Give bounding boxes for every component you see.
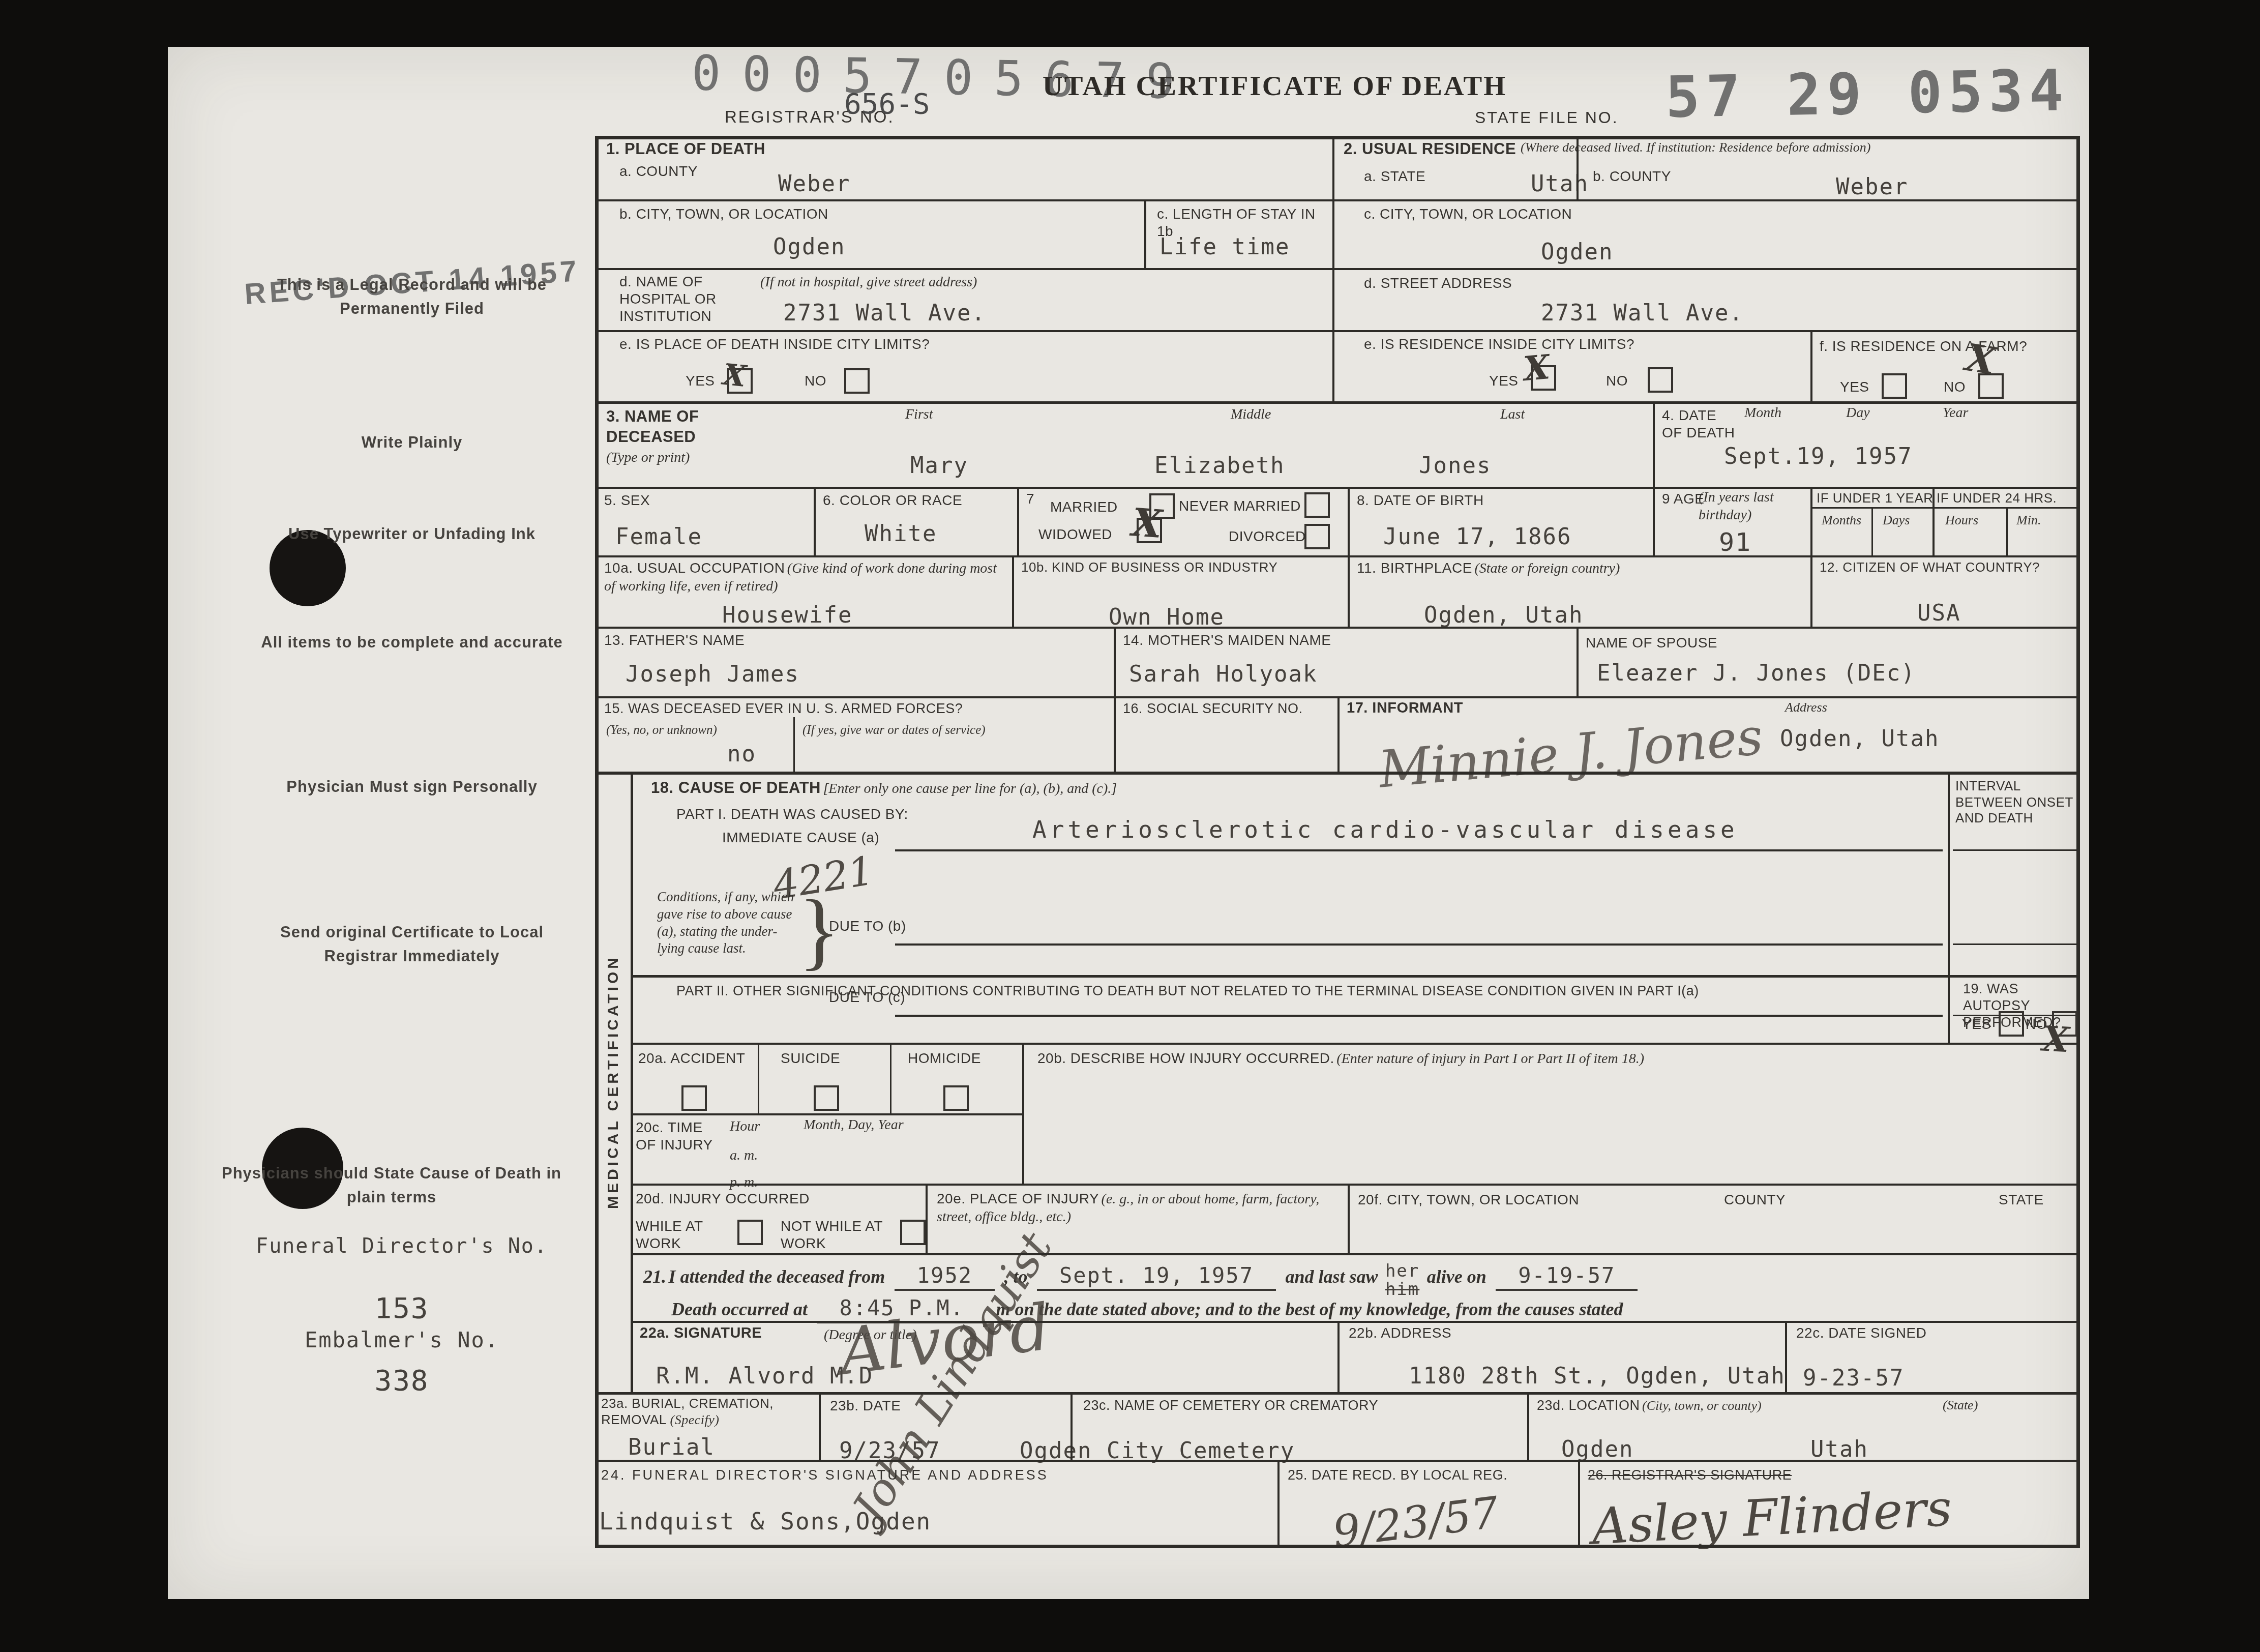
form-line — [595, 136, 2080, 139]
checkbox — [1882, 373, 1907, 399]
form-line — [595, 136, 599, 1548]
hours-header: Hours — [1945, 512, 1978, 529]
form-line — [793, 717, 795, 772]
day-header: Day — [1846, 404, 1870, 422]
sex-label: 5. SEX — [604, 492, 650, 509]
min-header: Min. — [2016, 512, 2041, 529]
form-line — [631, 1253, 2080, 1255]
suicide-label: SUICIDE — [781, 1050, 840, 1067]
injury-state-label: STATE — [1999, 1191, 2044, 1208]
form-line — [1953, 943, 2076, 945]
type-or-print-hint: (Type or print) — [606, 449, 690, 466]
form-line — [1144, 199, 1146, 268]
form-line — [1348, 487, 1350, 627]
burial-type-hint: (Specify) — [670, 1412, 719, 1427]
form-line — [890, 1043, 891, 1113]
handwritten-x-mark: X — [1522, 347, 1552, 389]
funeral-director-no-value: 153 — [239, 1292, 564, 1325]
residence-city-value: Ogden — [1541, 239, 1613, 265]
form-line — [926, 1184, 928, 1253]
form-line — [595, 330, 2080, 332]
state-file-no-label: STATE FILE NO. — [1475, 108, 1619, 128]
burial-type-value: Burial — [628, 1434, 715, 1460]
city-label: b. CITY, TOWN, OR LOCATION — [619, 205, 828, 223]
usual-residence-hint: (Where deceased lived. If institution: R… — [1521, 139, 2060, 156]
under-24-hrs-label: IF UNDER 24 HRS. — [1937, 490, 2057, 507]
cause-of-death-hint: [Enter only one cause per line for (a), … — [823, 781, 1117, 796]
checkbox — [737, 1220, 763, 1245]
interval-label: INTERVAL BETWEEN ONSET AND DEATH — [1955, 778, 2075, 827]
citizen-label: 12. CITIZEN OF WHAT COUNTRY? — [1820, 559, 2040, 576]
death-occurred-text: Death occurred at — [671, 1299, 808, 1319]
burial-state-hint: (State) — [1943, 1397, 1978, 1414]
residence-state-label: a. STATE — [1364, 168, 1425, 185]
street-address-label: d. STREET ADDRESS — [1364, 275, 1512, 292]
form-line — [819, 1392, 821, 1460]
form-line — [814, 487, 816, 555]
name-of-deceased-label: 3. NAME OF — [606, 407, 699, 426]
margin-note: Physicians should State Cause of Death i… — [214, 1162, 570, 1209]
months-header: Months — [1822, 512, 1861, 529]
burial-date-label: 23b. DATE — [830, 1397, 901, 1414]
checkbox — [844, 368, 870, 394]
registrar-no-value: 656-S — [844, 87, 930, 121]
first-name-value: Mary — [910, 453, 968, 479]
checkbox — [943, 1085, 969, 1111]
margin-note: This is a Legal Record and will be Perma… — [259, 273, 564, 320]
county-value: Weber — [778, 171, 850, 197]
homicide-label: HOMICIDE — [908, 1050, 981, 1067]
form-line — [1578, 1460, 1580, 1545]
age-label: 9 AGE — [1662, 490, 1704, 508]
spouse-name-label: NAME OF SPOUSE — [1586, 634, 1717, 652]
burial-location-hint: (City, town, or county) — [1642, 1398, 1762, 1413]
signature-label: 22a. SIGNATURE — [640, 1324, 762, 1342]
date-of-birth-label: 8. DATE OF BIRTH — [1357, 492, 1484, 509]
middle-name-header: Middle — [1231, 405, 1271, 423]
month-day-year-header: Month, Day, Year — [804, 1116, 904, 1134]
attended-to-value: Sept. 19, 1957 — [1059, 1263, 1254, 1288]
burial-type-label: 23a. BURIAL, CREMATION, REMOVAL (Specify… — [601, 1396, 815, 1428]
form-line — [1577, 627, 1579, 696]
residence-county-label: b. COUNTY — [1593, 168, 1671, 185]
married-label: MARRIED — [1050, 498, 1118, 516]
conditions-note: Conditions, if any, which gave rise to a… — [657, 889, 799, 957]
her-word: her — [1385, 1262, 1419, 1281]
never-married-label: NEVER MARRIED — [1179, 497, 1301, 515]
sex-value: Female — [615, 524, 702, 550]
immediate-cause-label: IMMEDIATE CAUSE (a) — [722, 829, 879, 846]
year-header: Year — [1943, 404, 1968, 422]
yes-label: YES — [1489, 372, 1519, 390]
form-line — [1653, 401, 1655, 555]
injury-describe-label-text: 20b. DESCRIBE HOW INJURY OCCURRED. — [1037, 1050, 1334, 1066]
mother-name-value: Sarah Holyoak — [1129, 661, 1317, 687]
color-race-label: 6. COLOR OR RACE — [823, 492, 962, 509]
form-line — [1527, 1392, 1529, 1460]
part1-label: PART I. DEATH WAS CAUSED BY: — [676, 806, 908, 823]
form-line — [631, 772, 633, 1392]
certificate-paper: REC'D OCT 14 1957 0005705679 REGISTRAR'S… — [168, 47, 2089, 1599]
occupation-value: Housewife — [722, 602, 852, 628]
date-signed-value: 9-23-57 — [1803, 1365, 1904, 1391]
mother-name-label: 14. MOTHER'S MAIDEN NAME — [1123, 632, 1331, 649]
margin-note: Use Typewriter or Unfading Ink — [259, 522, 564, 546]
form-line — [1070, 1392, 1073, 1460]
hospital-hint: (If not in hospital, give street address… — [760, 273, 977, 291]
informant-address-label: Address — [1785, 699, 1827, 716]
street-address-value: 2731 Wall Ave. — [1541, 300, 1744, 326]
funeral-director-value: Lindquist & Sons,Ogden — [599, 1508, 931, 1535]
yes-label: YES — [686, 372, 715, 390]
form-line — [2076, 136, 2080, 1548]
length-of-stay-value: Life time — [1159, 234, 1290, 260]
form-line — [595, 199, 2080, 201]
form-line — [1932, 487, 1935, 555]
first-name-header: First — [905, 405, 933, 423]
divorced-label: DIVORCED — [1229, 528, 1306, 545]
checkbox — [1304, 524, 1330, 549]
attended-statement-line1: 21. I attended the deceased from 1952 , … — [643, 1262, 1645, 1299]
form-line — [2006, 507, 2008, 555]
form-line — [1810, 330, 1812, 401]
hour-header: Hour — [730, 1117, 760, 1135]
form-line — [1332, 136, 1334, 401]
place-of-injury-label-text: 20e. PLACE OF INJURY — [937, 1191, 1099, 1206]
date-of-birth-value: June 17, 1866 — [1383, 524, 1571, 550]
time-of-injury-label: 20c. TIME OF INJURY — [636, 1119, 725, 1154]
marital-num: 7 — [1026, 490, 1034, 508]
embalmer-no-value: 338 — [239, 1364, 564, 1397]
funeral-director-no-label: Funeral Director's No. — [239, 1234, 564, 1258]
age-hint: (In years last birthday) — [1699, 488, 1805, 524]
medical-certification-strip: MEDICAL CERTIFICATION — [595, 772, 632, 1392]
age-value: 91 — [1719, 527, 1751, 557]
form-line — [631, 975, 2080, 978]
residence-city-limits-label: e. IS RESIDENCE INSIDE CITY LIMITS? — [1364, 336, 1634, 353]
scanned-death-certificate: { "header": { "received_stamp": "REC'D O… — [0, 0, 2260, 1652]
date-of-death-label: 4. DATE OF DEATH — [1662, 407, 1738, 441]
item-21-number: 21. — [643, 1266, 666, 1287]
form-line — [1810, 507, 2080, 509]
informant-address-value: Ogden, Utah — [1780, 726, 1939, 752]
death-city-limits-label: e. IS PLACE OF DEATH INSIDE CITY LIMITS? — [619, 336, 930, 353]
state-file-no-value: 57 29 0534 — [1665, 57, 2070, 131]
form-line — [631, 1321, 2080, 1323]
attended-text-1: I attended the deceased from — [668, 1266, 885, 1287]
informant-label: 17. INFORMANT — [1347, 699, 1463, 717]
form-line — [1953, 849, 2076, 851]
checkbox — [1304, 492, 1330, 518]
checkbox — [814, 1085, 839, 1111]
cemetery-label: 23c. NAME OF CEMETERY OR CREMATORY — [1083, 1397, 1378, 1414]
attended-from-value: 1952 — [917, 1263, 972, 1288]
armed-forces-hint1: (Yes, no, or unknown) — [606, 722, 717, 738]
while-at-work-label: WHILE AT WORK — [636, 1218, 730, 1252]
form-line — [595, 772, 2080, 775]
form-line — [1337, 1321, 1340, 1392]
residence-city-label: c. CITY, TOWN, OR LOCATION — [1364, 205, 1572, 223]
injury-city-label: 20f. CITY, TOWN, OR LOCATION — [1358, 1191, 1579, 1208]
date-received-label: 25. DATE RECD. BY LOCAL REG. — [1288, 1467, 1507, 1484]
form-line — [595, 1392, 2080, 1395]
form-line — [1348, 1184, 1350, 1253]
margin-note: Write Plainly — [259, 431, 564, 455]
cause-of-death-label-text: 18. CAUSE OF DEATH — [651, 779, 821, 796]
injury-county-label: COUNTY — [1724, 1191, 1786, 1208]
form-line — [1810, 487, 1812, 627]
name-of-deceased-label2: DECEASED — [606, 427, 696, 447]
margin-note: All items to be complete and accurate — [259, 631, 564, 655]
color-race-value: White — [865, 521, 937, 547]
father-name-label: 13. FATHER'S NAME — [604, 632, 745, 649]
embalmer-no-label: Embalmer's No. — [239, 1327, 564, 1352]
checkbox — [681, 1085, 707, 1111]
certificate-title: UTAH CERTIFICATE OF DEATH — [1043, 70, 1507, 102]
handwritten-x-mark: X — [722, 357, 748, 394]
part2-label: PART II. OTHER SIGNIFICANT CONDITIONS CO… — [676, 983, 1699, 999]
form-line — [1337, 696, 1340, 772]
margin-note: Send original Certificate to Local Regis… — [259, 921, 564, 968]
informant-signature: Minnie J. Jones — [1376, 706, 1765, 800]
pm-label: p. m. — [730, 1173, 758, 1191]
form-line — [631, 1184, 2080, 1186]
form-line — [595, 1460, 2080, 1462]
physician-typed-name: R.M. Alvord M.D — [656, 1363, 873, 1389]
registrar-signature-label: 26. REGISTRAR'S SIGNATURE — [1588, 1467, 1792, 1484]
not-while-at-work-label: NOT WHILE AT WORK — [781, 1218, 898, 1252]
occupation-label: 10a. USUAL OCCUPATION (Give kind of work… — [604, 559, 1006, 595]
am-label: a. m. — [730, 1146, 758, 1164]
birthplace-label: 11. BIRTHPLACE (State or foreign country… — [1357, 559, 1620, 577]
form-line — [895, 1015, 1943, 1017]
yes-label: YES — [1962, 1016, 1991, 1033]
last-name-header: Last — [1500, 405, 1525, 423]
margin-note: Physician Must sign Personally — [259, 775, 564, 799]
no-label: NO — [1606, 372, 1628, 390]
birthplace-value: Ogden, Utah — [1424, 602, 1583, 628]
form-line — [595, 555, 2080, 557]
medical-certification-label: MEDICAL CERTIFICATION — [605, 955, 622, 1209]
injury-describe-label: 20b. DESCRIBE HOW INJURY OCCURRED. (Ente… — [1037, 1050, 1644, 1068]
yes-label: YES — [1840, 378, 1869, 396]
hospital-label: d. NAME OF HOSPITAL OR INSTITUTION — [619, 273, 757, 325]
injury-describe-hint: (Enter nature of injury in Part I or Par… — [1336, 1051, 1644, 1067]
form-line — [1114, 627, 1116, 772]
business-industry-label: 10b. KIND OF BUSINESS OR INDUSTRY — [1021, 559, 1277, 576]
month-header: Month — [1744, 404, 1781, 422]
form-line — [1948, 772, 1950, 1043]
residence-state-value: Utah — [1531, 171, 1589, 197]
checkbox — [1648, 367, 1673, 393]
form-line — [595, 268, 2080, 270]
form-line — [1012, 555, 1014, 627]
last-seen-date-value: 9-19-57 — [1518, 1263, 1615, 1288]
citizen-value: USA — [1917, 600, 1960, 626]
armed-forces-hint2: (If yes, give war or dates of service) — [802, 722, 1108, 738]
cause-of-death-label: 18. CAUSE OF DEATH [Enter only one cause… — [651, 778, 1117, 798]
burial-city-value: Ogden — [1561, 1436, 1633, 1462]
death-statement-rest: m on the date stated above; and to the b… — [996, 1299, 1623, 1319]
birthplace-hint: (State or foreign country) — [1474, 560, 1620, 576]
form-line — [595, 627, 2080, 629]
handwritten-x-mark: X — [2041, 1019, 2070, 1061]
hospital-value: 2731 Wall Ave. — [783, 300, 986, 326]
form-line — [1577, 136, 1579, 199]
checkbox — [900, 1220, 926, 1245]
injury-occurred-label: 20d. INJURY OCCURRED — [636, 1190, 810, 1207]
handwritten-x-mark: X — [1131, 499, 1164, 547]
days-header: Days — [1883, 512, 1910, 529]
form-line — [1017, 487, 1019, 555]
form-line — [631, 1113, 1024, 1115]
form-line — [1871, 507, 1873, 555]
form-line — [595, 401, 2080, 404]
no-label: NO — [1944, 378, 1966, 396]
occupation-label-text: 10a. USUAL OCCUPATION — [604, 560, 785, 576]
residence-county-value: Weber — [1836, 174, 1908, 200]
physician-address-label: 22b. ADDRESS — [1349, 1324, 1451, 1342]
last-name-value: Jones — [1419, 453, 1491, 479]
due-to-b-label: DUE TO (b) — [829, 918, 906, 935]
spouse-name-value: Eleazer J. Jones (DEc) — [1597, 660, 1916, 686]
form-line — [1785, 1321, 1787, 1392]
burial-location-label: 23d. LOCATION (City, town, or county) — [1537, 1397, 1762, 1414]
form-line — [1277, 1460, 1280, 1545]
attended-statement-line2: Death occurred at 8:45 P.M. m on the dat… — [671, 1295, 1623, 1323]
immediate-cause-value: Arteriosclerotic cardio-vascular disease — [1032, 816, 1738, 843]
form-line — [895, 943, 1943, 946]
city-value: Ogden — [773, 234, 845, 260]
date-signed-label: 22c. DATE SIGNED — [1796, 1324, 1926, 1342]
funeral-director-label: 24. FUNERAL DIRECTOR'S SIGNATURE AND ADD… — [601, 1467, 1049, 1484]
form-line — [895, 849, 1943, 851]
physician-address-value: 1180 28th St., Ogden, Utah — [1409, 1363, 1786, 1389]
county-label: a. COUNTY — [619, 163, 698, 180]
attended-text-4: alive on — [1427, 1266, 1486, 1287]
attended-text-3: and last saw — [1285, 1266, 1378, 1287]
date-of-death-value: Sept.19, 1957 — [1724, 444, 1912, 469]
no-label: NO — [805, 372, 826, 390]
place-of-death-title: 1. PLACE OF DEATH — [606, 139, 765, 159]
form-line — [595, 1545, 2080, 1548]
accident-label: 20a. ACCIDENT — [638, 1050, 745, 1067]
father-name-value: Joseph James — [626, 661, 799, 687]
place-of-injury-label: 20e. PLACE OF INJURY (e. g., in or about… — [937, 1190, 1339, 1226]
widowed-label: WIDOWED — [1038, 526, 1112, 543]
form-line — [595, 487, 2080, 489]
under-1-year-label: IF UNDER 1 YEAR — [1817, 490, 1934, 507]
form-line — [758, 1043, 759, 1113]
armed-forces-label: 15. WAS DECEASED EVER IN U. S. ARMED FOR… — [604, 700, 963, 717]
armed-forces-value: no — [727, 741, 756, 767]
birthplace-label-text: 11. BIRTHPLACE — [1357, 560, 1472, 576]
ssn-label: 16. SOCIAL SECURITY NO. — [1123, 700, 1303, 717]
burial-state-value: Utah — [1810, 1436, 1868, 1462]
middle-name-value: Elizabeth — [1154, 453, 1285, 479]
checkbox — [1999, 1011, 2024, 1037]
usual-residence-title: 2. USUAL RESIDENCE — [1344, 139, 1516, 159]
burial-location-label-text: 23d. LOCATION — [1537, 1398, 1640, 1413]
form-line — [1022, 1043, 1024, 1184]
form-line — [631, 1043, 2080, 1045]
